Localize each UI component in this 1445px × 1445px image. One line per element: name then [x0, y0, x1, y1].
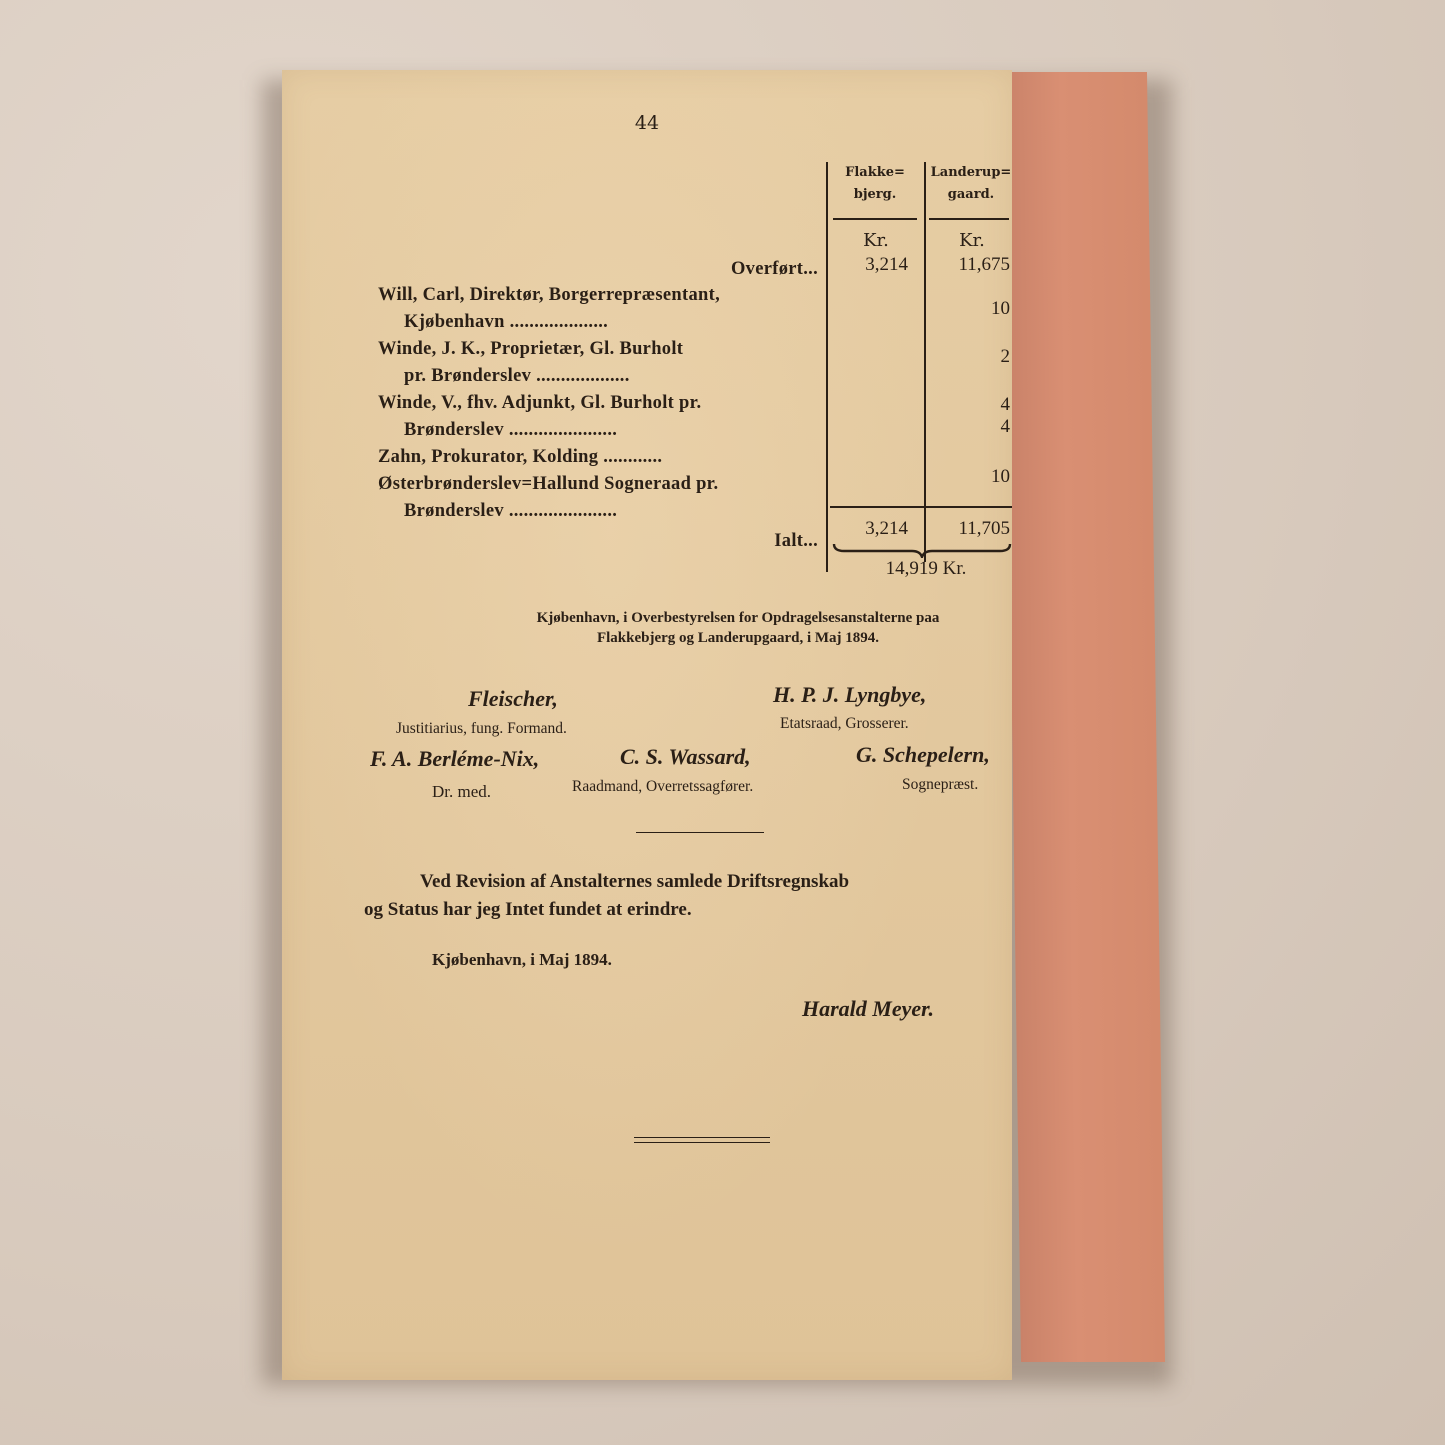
carried-over-flakkebjerg: 3,214 — [830, 254, 908, 276]
signatory-name: Fleischer, — [468, 686, 558, 712]
auditor-signature: Harald Meyer. — [802, 996, 934, 1022]
audit-place-date: Kjøbenhavn, i Maj 1894. — [432, 950, 612, 970]
donor-name: Will, Carl, Direktør, Borgerrepræsentant… — [378, 285, 720, 305]
table-row: Zahn, Prokurator, Kolding ............ — [378, 444, 828, 471]
total-label: Ialt... — [378, 528, 818, 555]
total-flakkebjerg: 3,214 — [830, 518, 908, 540]
donor-location: Kjøbenhavn .................... — [378, 309, 828, 336]
donor-name: Winde, V., fhv. Adjunkt, Gl. Burholt pr. — [378, 393, 701, 413]
board-statement: Kjøbenhavn, i Overbestyrelsen for Opdrag… — [438, 608, 1038, 648]
amount-landerupgaard: 2 — [926, 346, 1010, 368]
donor-name: Østerbrønderslev=Hallund Sogneraad pr. — [378, 474, 718, 494]
donor-name: Zahn, Prokurator, Kolding ............ — [378, 447, 662, 467]
donor-location: pr. Brønderslev ................... — [378, 363, 828, 390]
audit-statement: Ved Revision af Anstalternes samlede Dri… — [364, 868, 1044, 924]
end-double-rule — [634, 1142, 770, 1143]
curly-brace-icon — [832, 542, 1012, 558]
table-row: Winde, V., fhv. Adjunkt, Gl. Burholt pr.… — [378, 390, 828, 444]
unit-label: Kr. — [926, 230, 1018, 251]
table-row: Østerbrønderslev=Hallund Sogneraad pr. B… — [378, 471, 828, 525]
table-row: Winde, J. K., Proprietær, Gl. Burholt pr… — [378, 336, 828, 390]
statement-line: Kjøbenhavn, i Overbestyrelsen for Opdrag… — [438, 608, 1038, 628]
donor-location: Brønderslev ...................... — [378, 498, 828, 525]
signatory-name: C. S. Wassard, — [620, 744, 751, 770]
table-row: Will, Carl, Direktør, Borgerrepræsentant… — [378, 282, 828, 336]
grand-total: 14,919 Kr. — [856, 558, 996, 580]
document-page: 44 Flakke= bjerg. Landerup= gaard. Kr. K… — [282, 70, 1012, 1380]
signatory-name: G. Schepelern, — [856, 742, 990, 768]
amount-landerupgaard: 4 — [926, 416, 1010, 438]
binding-spine-strip — [1003, 72, 1165, 1362]
amount-landerupgaard: 4 — [926, 394, 1010, 416]
column-header-landerupgaard: Landerup= gaard. — [926, 162, 1016, 206]
total-landerupgaard: 11,705 — [926, 518, 1010, 540]
header-line: bjerg. — [830, 184, 920, 206]
signatory-title: Justitiarius, fung. Formand. — [396, 720, 567, 738]
total-rule — [830, 506, 1012, 508]
carried-over-landerupgaard: 11,675 — [926, 254, 1010, 276]
signatory-title: Raadmand, Overretssagfører. — [572, 778, 753, 796]
signatory-name: H. P. J. Lyngbye, — [773, 682, 926, 708]
audit-line: Ved Revision af Anstalternes samlede Dri… — [364, 868, 1044, 896]
statement-line: Flakkebjerg og Landerupgaard, i Maj 1894… — [438, 628, 1038, 648]
donor-name: Winde, J. K., Proprietær, Gl. Burholt — [378, 339, 683, 359]
page-number: 44 — [282, 112, 1012, 134]
amount-landerupgaard: 10 — [926, 466, 1010, 488]
donor-location: Brønderslev ...................... — [378, 417, 828, 444]
audit-line: og Status har jeg Intet fundet at erindr… — [364, 896, 1044, 924]
header-line: gaard. — [926, 184, 1016, 206]
signatory-name: F. A. Berléme-Nix, — [370, 746, 539, 772]
signatory-title: Etatsraad, Grosserer. — [780, 715, 909, 733]
header-line: Flakke= — [830, 162, 920, 184]
end-double-rule — [634, 1137, 770, 1138]
section-divider — [636, 832, 764, 833]
carried-over-label: Overført... — [378, 256, 818, 283]
header-rule — [929, 218, 1009, 220]
amount-landerupgaard: 10 — [926, 298, 1010, 320]
signatory-title: Sognepræst. — [902, 776, 978, 794]
header-line: Landerup= — [926, 162, 1016, 184]
column-header-flakkebjerg: Flakke= bjerg. — [830, 162, 920, 206]
header-rule — [833, 218, 917, 220]
unit-label: Kr. — [830, 230, 922, 251]
signatory-title: Dr. med. — [432, 782, 491, 802]
